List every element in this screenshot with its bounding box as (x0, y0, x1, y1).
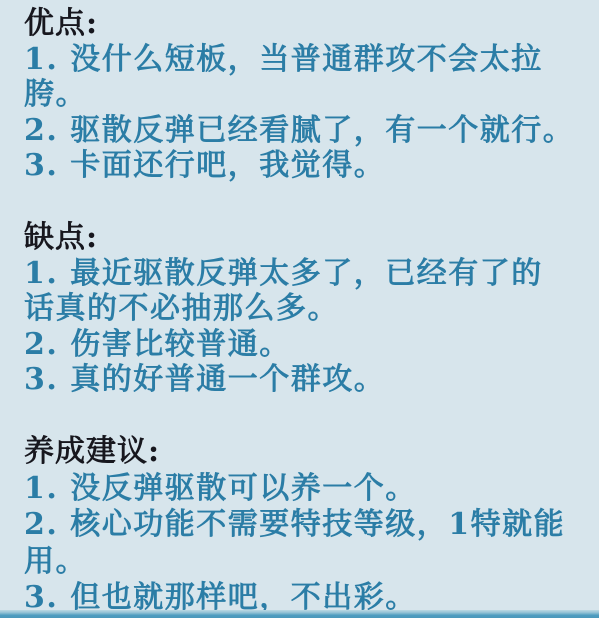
review-line: 2. 核心功能不需要特技等级，1特就能 (24, 507, 591, 544)
section-pros: 优点: 1. 没什么短板，当普通群攻不会太拉 胯。 2. 驱散反弹已经看腻了，有… (24, 6, 591, 184)
review-line: 话真的不必抽那么多。 (24, 291, 591, 327)
bottom-edge-bar (0, 610, 599, 618)
review-line: 1. 最近驱散反弹太多了，已经有了的 (24, 256, 591, 292)
review-line: 1. 没什么短板，当普通群攻不会太拉 (24, 42, 591, 78)
review-line: 3. 真的好普通一个群攻。 (24, 362, 591, 398)
section-cons: 缺点: 1. 最近驱散反弹太多了，已经有了的 话真的不必抽那么多。 2. 伤害比… (24, 220, 591, 398)
review-line: 用。 (24, 544, 591, 581)
review-line: 1. 没反弹驱散可以养一个。 (24, 471, 591, 508)
section-pros-heading: 优点: (24, 6, 591, 42)
review-line: 3. 卡面还行吧，我觉得。 (24, 148, 591, 184)
section-cons-heading: 缺点: (24, 220, 591, 256)
section-advice: 养成建议: 1. 没反弹驱散可以养一个。 2. 核心功能不需要特技等级，1特就能… (24, 434, 591, 617)
review-line: 胯。 (24, 77, 591, 113)
review-line: 2. 驱散反弹已经看腻了，有一个就行。 (24, 113, 591, 149)
section-advice-heading: 养成建议: (24, 434, 591, 471)
review-line: 2. 伤害比较普通。 (24, 327, 591, 363)
